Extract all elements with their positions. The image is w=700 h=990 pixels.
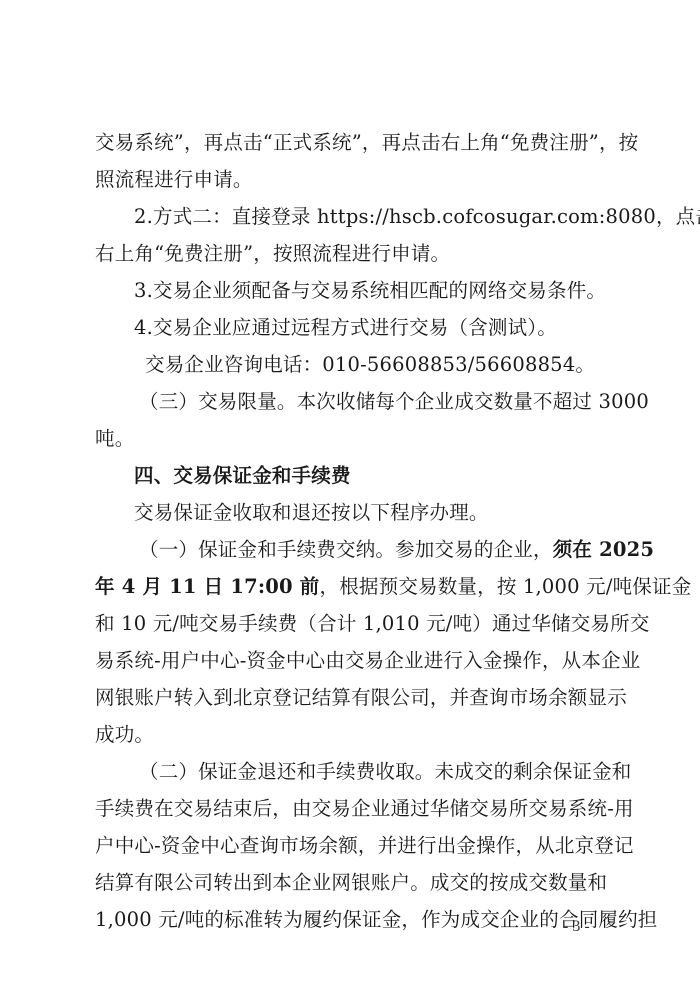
page-number: - 3 - [563, 918, 590, 936]
paragraph-line: （三）交易限量。本次收储每个企业成交数量不超过 3000 [95, 383, 607, 420]
paragraph-line: 交易系统”，再点击“正式系统”，再点击右上角“免费注册”，按 [95, 124, 607, 161]
paragraph-line: 右上角“免费注册”，按照流程进行申请。 [95, 235, 607, 272]
paragraph-text: （一）保证金和手续费交纳。参加交易的企业， [139, 538, 553, 561]
paragraph-line: 手续费在交易结束后，由交易企业通过华储交易所交易系统-用 [95, 790, 607, 827]
paragraph-line: 吨。 [95, 420, 607, 457]
paragraph-line: 户中心-资金中心查询市场余额，并进行出金操作，从北京登记 [95, 827, 607, 864]
contact-phone-line: 交易企业咨询电话：010-56608853/56608854。 [95, 346, 607, 383]
paragraph-line: （二）保证金退还和手续费收取。未成交的剩余保证金和 [95, 753, 607, 790]
document-page: 交易系统”，再点击“正式系统”，再点击右上角“免费注册”，按 照流程进行申请。 … [95, 124, 607, 938]
paragraph-line: 易系统-用户中心-资金中心由交易企业进行入金操作，从本企业 [95, 642, 607, 679]
paragraph-line: 成功。 [95, 716, 607, 753]
paragraph-text: ，根据预交易数量，按 1,000 元/吨保证金 [320, 575, 692, 598]
paragraph-line: 1,000 元/吨的标准转为履约保证金，作为成交企业的合同履约担 [95, 901, 607, 938]
paragraph-line: 年 4 月 11 日 17:00 前，根据预交易数量，按 1,000 元/吨保证… [95, 568, 607, 605]
paragraph-line: 照流程进行申请。 [95, 161, 607, 198]
deadline-text: 须在 2025 [553, 538, 654, 561]
paragraph-line: 2.方式二：直接登录 https://hscb.cofcosugar.com:8… [95, 198, 607, 235]
paragraph-line: 3.交易企业须配备与交易系统相匹配的网络交易条件。 [95, 272, 607, 309]
section-heading: 四、交易保证金和手续费 [95, 457, 607, 494]
paragraph-line: （一）保证金和手续费交纳。参加交易的企业，须在 2025 [95, 531, 607, 568]
paragraph-line: 网银账户转入到北京登记结算有限公司，并查询市场余额显示 [95, 679, 607, 716]
paragraph-line: 结算有限公司转出到本企业网银账户。成交的按成交数量和 [95, 864, 607, 901]
paragraph-line: 4.交易企业应通过远程方式进行交易（含测试）。 [95, 309, 607, 346]
deadline-text: 年 4 月 11 日 17:00 前 [95, 575, 320, 598]
paragraph-line: 交易保证金收取和退还按以下程序办理。 [95, 494, 607, 531]
paragraph-line: 和 10 元/吨交易手续费（合计 1,010 元/吨）通过华储交易所交 [95, 605, 607, 642]
